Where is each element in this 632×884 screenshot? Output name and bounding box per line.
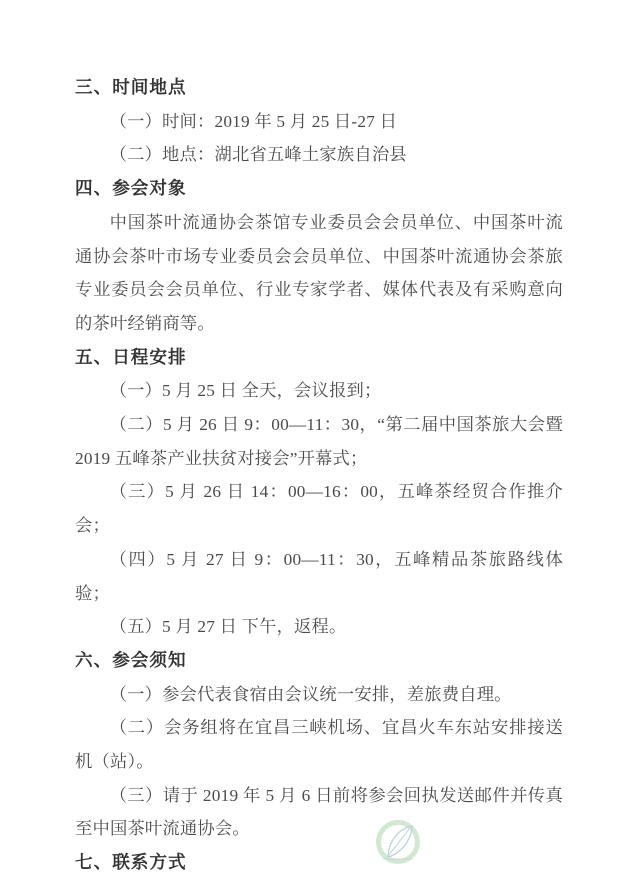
section-heading-contact: 七、联系方式 bbox=[75, 846, 563, 880]
notice-item: （一）参会代表食宿由会议统一安排，差旅费自理。 bbox=[75, 678, 563, 712]
notice-item: （三）请于 2019 年 5 月 6 日前将参会回执发送邮件并传真至中国茶叶流通… bbox=[75, 779, 563, 846]
time-line: （一）时间：2019 年 5 月 25 日-27 日 bbox=[75, 105, 563, 139]
participants-paragraph: 中国茶叶流通协会茶馆专业委员会会员单位、中国茶叶流通协会茶叶市场专业委员会会员单… bbox=[75, 206, 563, 341]
section-heading-participants: 四、参会对象 bbox=[75, 172, 563, 206]
agenda-item: （五）5 月 27 日 下午，返程。 bbox=[75, 610, 563, 644]
section-heading-time-location: 三、时间地点 bbox=[75, 71, 563, 105]
notice-item: （二）会务组将在宜昌三峡机场、宜昌火车东站安排接送机（站）。 bbox=[75, 711, 563, 778]
section-heading-notices: 六、参会须知 bbox=[75, 644, 563, 678]
document-page: 三、时间地点 （一）时间：2019 年 5 月 25 日-27 日 （二）地点：… bbox=[0, 0, 632, 884]
agenda-item: （四）5 月 27 日 9：00—11：30，五峰精品茶旅路线体验； bbox=[75, 543, 563, 610]
section-heading-agenda: 五、日程安排 bbox=[75, 341, 563, 375]
agenda-item: （三）5 月 26 日 14：00—16：00，五峰茶经贸合作推介会； bbox=[75, 475, 563, 542]
document-content: 三、时间地点 （一）时间：2019 年 5 月 25 日-27 日 （二）地点：… bbox=[75, 71, 563, 880]
location-line: （二）地点：湖北省五峰土家族自治县 bbox=[75, 138, 563, 172]
green-leaf-seal-watermark bbox=[355, 799, 441, 884]
agenda-item: （二）5 月 26 日 9：00—11：30，“第二届中国茶旅大会暨 2019 … bbox=[75, 408, 563, 475]
agenda-item: （一）5 月 25 日 全天，会议报到； bbox=[75, 374, 563, 408]
